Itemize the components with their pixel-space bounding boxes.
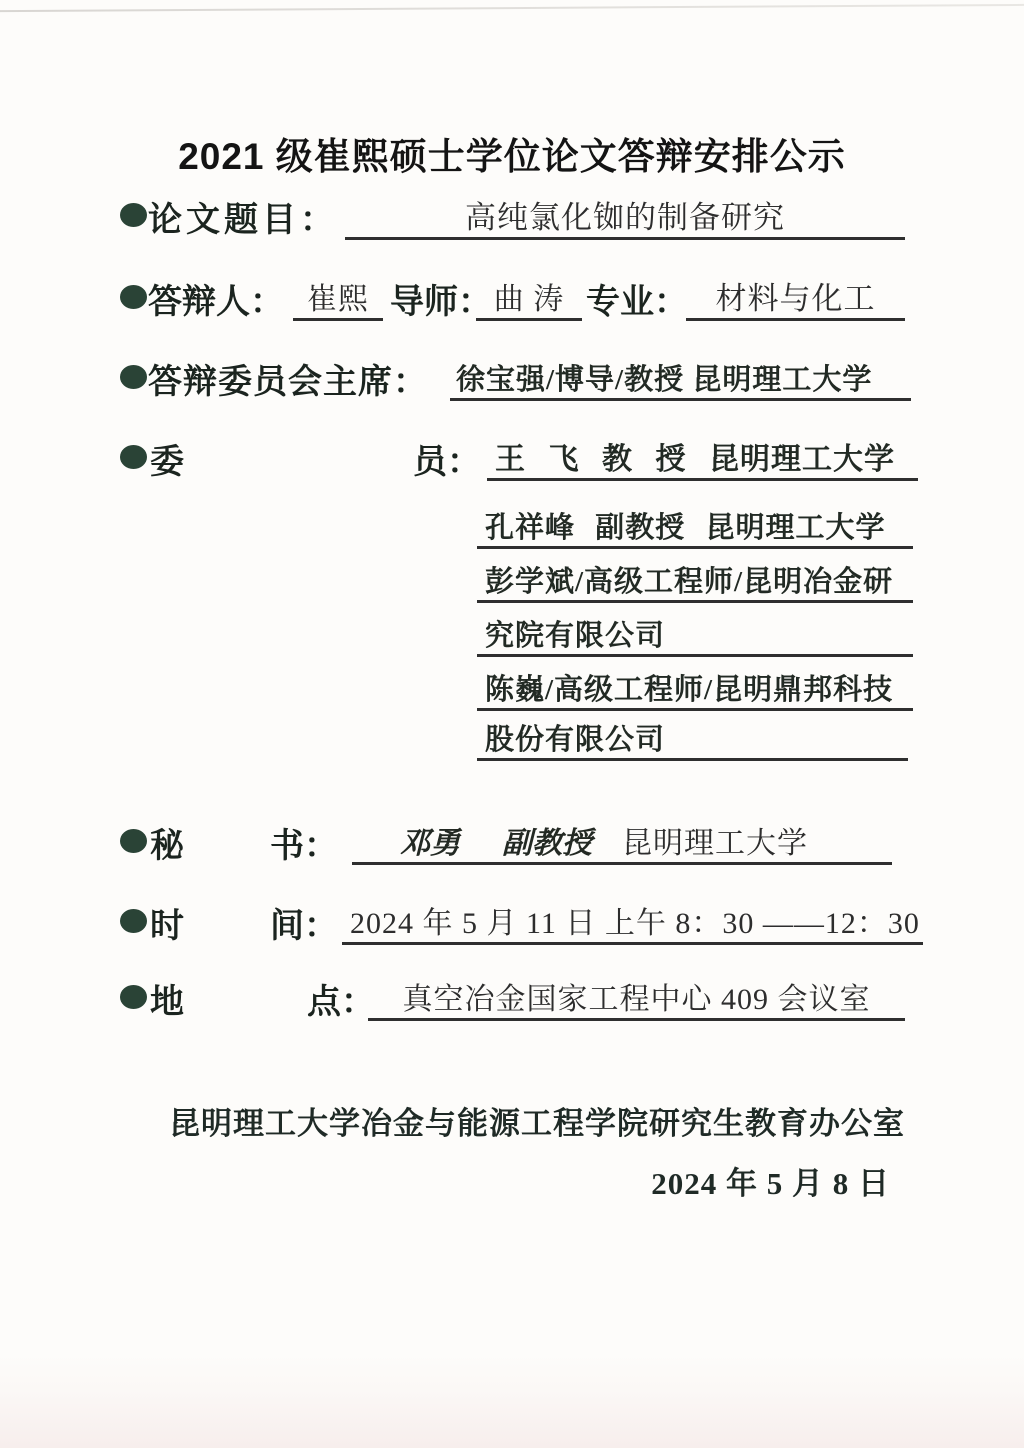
bullet-icon [120, 203, 147, 227]
thesis-title-field: 高纯氯化铷的制备研究 [345, 189, 905, 240]
member-line: 究院有限公司 [477, 608, 913, 657]
secretary-label-first: 秘 [150, 818, 184, 867]
major-label: 专业： [586, 274, 688, 323]
member-line: 孔祥峰 副教授 昆明理工大学 [477, 500, 913, 549]
member-4-part1: 陈巍/高级工程师/昆明鼎邦科技 [485, 667, 893, 708]
scan-bleedthrough-artifact [0, 1353, 1024, 1448]
place-field: 真空冶金国家工程中心 409 会议室 [368, 970, 905, 1021]
advisor-name: 曲 涛 [494, 274, 565, 318]
scanned-announcement-page: 2021 级崔熙硕士学位论文答辩安排公示 论文题目： 高纯氯化铷的制备研究 答辩… [0, 0, 1024, 1448]
issue-date: 2024 年 5 月 8 日 [0, 1158, 890, 1203]
member-line: 彭学斌/高级工程师/昆明冶金研 [477, 554, 913, 603]
chair-value: 徐宝强/博导/教授 昆明理工大学 [456, 357, 872, 398]
place-label-last: 点： [307, 974, 375, 1023]
member-3-part2: 究院有限公司 [485, 613, 665, 654]
place-value: 真空冶金国家工程中心 409 会议室 [403, 974, 871, 1018]
time-label-last: 间： [270, 898, 338, 947]
members-label-first: 委 [150, 434, 184, 483]
secretary-affiliation: 昆明理工大学 [622, 818, 808, 862]
secretary-field: 邓勇 副教授 昆明理工大学 [352, 814, 892, 865]
scan-edge-artifact [0, 4, 1024, 12]
thesis-title-value: 高纯氯化铷的制备研究 [465, 192, 785, 237]
time-label-first: 时 [150, 898, 184, 947]
defender-label: 答辩人： [148, 274, 284, 323]
member-line: 王 飞 教 授 昆明理工大学 [487, 430, 918, 481]
member-line: 股份有限公司 [477, 712, 908, 761]
bullet-icon [120, 909, 147, 933]
major-value: 材料与化工 [716, 273, 876, 318]
members-label-last: 员： [413, 434, 481, 483]
chair-label: 答辩委员会主席： [148, 354, 428, 403]
member-3-part1: 彭学斌/高级工程师/昆明冶金研 [485, 559, 893, 600]
chair-field: 徐宝强/博导/教授 昆明理工大学 [450, 350, 911, 401]
defender-name: 崔熙 [307, 274, 369, 318]
member-4-part2: 股份有限公司 [485, 717, 665, 758]
member-1: 王 飞 教 授 昆明理工大学 [495, 434, 895, 478]
defender-name-field: 崔熙 [293, 272, 383, 321]
bullet-icon [120, 445, 147, 469]
advisor-name-field: 曲 涛 [476, 272, 582, 321]
time-field: 2024 年 5 月 11 日 上午 8：30 ——12：30 [342, 894, 923, 945]
page-title: 2021 级崔熙硕士学位论文答辩安排公示 [0, 126, 1024, 180]
bullet-icon [120, 985, 147, 1009]
thesis-title-label: 论文题目： [148, 192, 338, 241]
member-line: 陈巍/高级工程师/昆明鼎邦科技 [477, 662, 913, 711]
bullet-icon [120, 285, 147, 309]
issuing-office: 昆明理工大学冶金与能源工程学院研究生教育办公室 [0, 1098, 905, 1143]
secretary-title: 副教授 [502, 818, 592, 862]
secretary-label-last: 书： [270, 818, 338, 867]
member-2: 孔祥峰 副教授 昆明理工大学 [485, 505, 886, 546]
major-field: 材料与化工 [686, 272, 905, 321]
bullet-icon [120, 365, 147, 389]
secretary-name: 邓勇 [400, 818, 460, 862]
place-label-first: 地 [150, 974, 184, 1023]
time-value: 2024 年 5 月 11 日 上午 8：30 ——12：30 [350, 898, 920, 942]
bullet-icon [120, 829, 147, 853]
